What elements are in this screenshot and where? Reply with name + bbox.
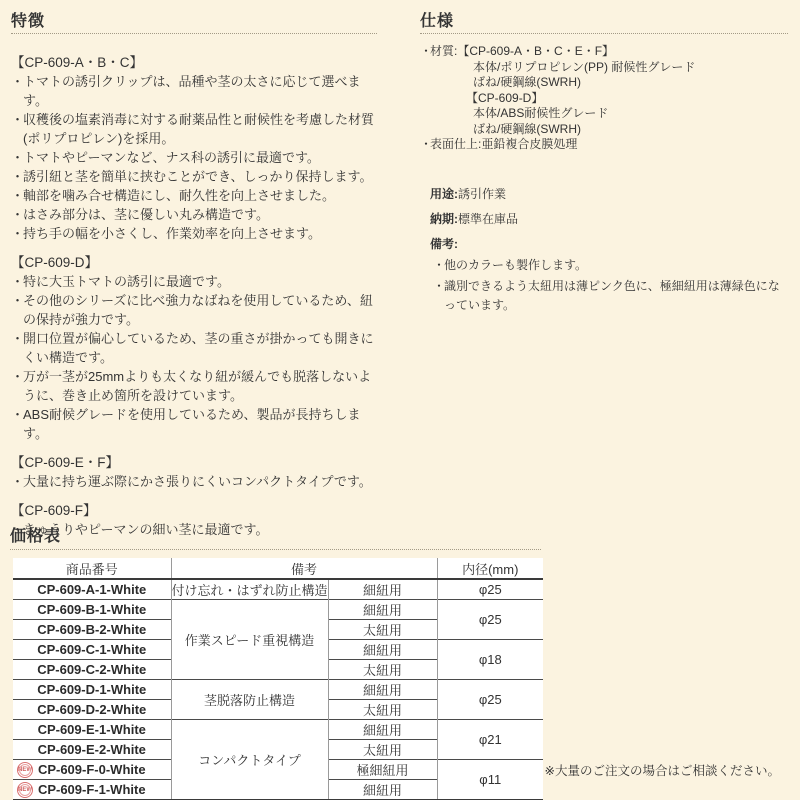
feature-item-text: 収穫後の塩素消毒に対する耐薬品性と耐候性を考慮した材質(ポリプロピレン)を採用。 <box>23 110 377 148</box>
info-label: 納期: <box>430 212 458 226</box>
table-row: CP-609-E-1-Whiteコンパクトタイプ細紐用φ21 <box>13 720 543 740</box>
new-badge: NEW <box>17 782 33 798</box>
info-value: 標準在庫品 <box>458 212 518 226</box>
feature-item-text: 持ち手の幅を小さくし、作業効率を向上させます。 <box>23 224 377 243</box>
product-number: CP-609-B-1-White <box>37 602 146 617</box>
spec-line: 【CP-609-D】 <box>420 91 788 107</box>
product-number: CP-609-E-2-White <box>38 742 146 757</box>
info-label: 用途: <box>430 187 458 201</box>
new-badge: NEW <box>17 762 33 778</box>
product-number: CP-609-B-2-White <box>37 622 146 637</box>
remark-item-text: 識別できるよう太紐用は薄ピンク色に、極細紐用は薄緑色になっています。 <box>444 277 788 315</box>
bullet-marker: ・ <box>11 367 23 405</box>
remarks-items: ・他のカラーも製作します。・識別できるよう太紐用は薄ピンク色に、極細紐用は薄緑色… <box>420 256 788 315</box>
header-note: 備考 <box>171 558 437 579</box>
material-block: ・材質:【CP-609-A・B・C・E・F】本体/ポリプロピレン(PP) 耐候性… <box>420 44 788 153</box>
cord-type-cell: 細紐用 <box>328 640 437 660</box>
product-number: CP-609-F-0-White <box>38 762 146 777</box>
bullet-marker: ・ <box>11 205 23 224</box>
spec-line-text: 材質:【CP-609-A・B・C・E・F】 <box>430 44 614 60</box>
product-cell: CP-609-A-1-White <box>13 579 171 600</box>
feature-item-text: 大量に持ち運ぶ際にかさ張りにくいコンパクトタイプです。 <box>23 472 377 491</box>
remark-item: ・他のカラーも製作します。 <box>420 256 788 275</box>
header-product: 商品番号 <box>13 558 171 579</box>
feature-item-text: トマトの誘引クリップは、品種や茎の太さに応じて選べます。 <box>23 72 377 110</box>
feature-group-heading: 【CP-609-A・B・C】 <box>11 53 377 72</box>
features-rule <box>11 33 377 34</box>
product-cell: CP-609-D-2-White <box>13 700 171 720</box>
note-cell: 付け忘れ・はずれ防止構造 <box>171 579 328 600</box>
feature-item: ・特に大玉トマトの誘引に最適です。 <box>11 272 377 291</box>
feature-item: ・誘引紐と茎を簡単に挟むことができ、しっかり保持します。 <box>11 167 377 186</box>
feature-item: ・大量に持ち運ぶ際にかさ張りにくいコンパクトタイプです。 <box>11 472 377 491</box>
product-cell: CP-609-E-2-White <box>13 740 171 760</box>
product-cell: CP-609-D-1-White <box>13 680 171 700</box>
info-value: 誘引作業 <box>458 187 506 201</box>
feature-item-text: トマトやピーマンなど、ナス科の誘引に最適です。 <box>23 148 377 167</box>
cord-type-cell: 極細紐用 <box>328 760 437 780</box>
bullet-marker: ・ <box>11 110 23 148</box>
feature-item-text: はさみ部分は、茎に優しい丸み構造です。 <box>23 205 377 224</box>
bullet-marker: ・ <box>11 72 23 110</box>
bullet-marker: ・ <box>11 472 23 491</box>
info-row: 用途:誘引作業 <box>420 185 788 204</box>
cord-type-cell: 細紐用 <box>328 720 437 740</box>
bullet-marker: ・ <box>11 148 23 167</box>
product-number: CP-609-D-2-White <box>37 702 146 717</box>
spec-line: 本体/ポリプロピレン(PP) 耐候性グレード <box>420 60 788 76</box>
cord-type-cell: 太紐用 <box>328 700 437 720</box>
product-cell: CP-609-B-1-White <box>13 600 171 620</box>
diameter-cell: φ18 <box>437 640 543 680</box>
feature-group-heading: 【CP-609-F】 <box>11 501 377 520</box>
spec-line: ・表面仕上:亜鉛複合皮膜処理 <box>420 137 788 153</box>
feature-item: ・収穫後の塩素消毒に対する耐薬品性と耐候性を考慮した材質(ポリプロピレン)を採用… <box>11 110 377 148</box>
price-table-header-row: 商品番号 備考 内径(mm) <box>13 558 543 579</box>
cord-type-cell: 細紐用 <box>328 780 437 800</box>
bullet-marker: ・ <box>11 291 23 329</box>
feature-item-text: 軸部を噛み合せ構造にし、耐久性を向上させました。 <box>23 186 377 205</box>
table-row: CP-609-B-1-White作業スピード重視構造細紐用φ25 <box>13 600 543 620</box>
cord-type-cell: 太紐用 <box>328 660 437 680</box>
product-number: CP-609-D-1-White <box>37 682 146 697</box>
catalog-page: 特徴 【CP-609-A・B・C】・トマトの誘引クリップは、品種や茎の太さに応じ… <box>0 0 800 800</box>
feature-item-text: 開口位置が偏心しているため、茎の重さが掛かっても開きにくい構造です。 <box>23 329 377 367</box>
remarks-block: 備考: ・他のカラーも製作します。・識別できるよう太紐用は薄ピンク色に、極細紐用… <box>420 235 788 315</box>
table-row: CP-609-D-1-White茎脱落防止構造細紐用φ25 <box>13 680 543 700</box>
feature-item-text: 特に大玉トマトの誘引に最適です。 <box>23 272 377 291</box>
note-cell: コンパクトタイプ <box>171 720 328 800</box>
cord-type-cell: 太紐用 <box>328 620 437 640</box>
product-cell: CP-609-C-1-White <box>13 640 171 660</box>
diameter-cell: φ25 <box>437 600 543 640</box>
product-cell: CP-609-B-2-White <box>13 620 171 640</box>
product-cell: NEWCP-609-F-0-White <box>13 760 171 780</box>
specs-section: 仕様 ・材質:【CP-609-A・B・C・E・F】本体/ポリプロピレン(PP) … <box>420 12 788 315</box>
bullet-marker: ・ <box>11 224 23 243</box>
diameter-cell: φ25 <box>437 680 543 720</box>
product-number: CP-609-F-1-White <box>38 782 146 797</box>
product-number: CP-609-C-2-White <box>37 662 146 677</box>
feature-item-text: その他のシリーズに比べ強力なばねを使用しているため、紐の保持が強力です。 <box>23 291 377 329</box>
product-cell: CP-609-E-1-White <box>13 720 171 740</box>
feature-item: ・トマトやピーマンなど、ナス科の誘引に最適です。 <box>11 148 377 167</box>
bullet-marker: ・ <box>11 186 23 205</box>
price-table-rule <box>10 549 541 550</box>
feature-item: ・ABS耐候グレードを使用しているため、製品が長持ちします。 <box>11 405 377 443</box>
product-cell: CP-609-C-2-White <box>13 660 171 680</box>
feature-group-heading: 【CP-609-D】 <box>11 253 377 272</box>
note-cell: 茎脱落防止構造 <box>171 680 328 720</box>
bullet-marker: ・ <box>433 256 444 275</box>
features-title: 特徴 <box>11 12 377 32</box>
features-section: 特徴 【CP-609-A・B・C】・トマトの誘引クリップは、品種や茎の太さに応じ… <box>11 12 377 539</box>
remark-item: ・識別できるよう太紐用は薄ピンク色に、極細紐用は薄緑色になっています。 <box>420 277 788 315</box>
spec-line-text: ばね/硬鋼線(SWRH) <box>473 122 581 138</box>
spec-line-text: 【CP-609-D】 <box>466 91 543 107</box>
info-block: 用途:誘引作業納期:標準在庫品 <box>420 185 788 229</box>
spec-line: ばね/硬鋼線(SWRH) <box>420 122 788 138</box>
spec-line: ばね/硬鋼線(SWRH) <box>420 75 788 91</box>
feature-item-text: ABS耐候グレードを使用しているため、製品が長持ちします。 <box>23 405 377 443</box>
feature-item: ・その他のシリーズに比べ強力なばねを使用しているため、紐の保持が強力です。 <box>11 291 377 329</box>
bullet-marker: ・ <box>11 167 23 186</box>
price-table: 商品番号 備考 内径(mm) CP-609-A-1-White付け忘れ・はずれ防… <box>13 558 543 800</box>
feature-item: ・開口位置が偏心しているため、茎の重さが掛かっても開きにくい構造です。 <box>11 329 377 367</box>
spec-line: 本体/ABS耐候性グレード <box>420 106 788 122</box>
info-row: 納期:標準在庫品 <box>420 210 788 229</box>
remarks-label: 備考: <box>420 235 788 254</box>
feature-item: ・はさみ部分は、茎に優しい丸み構造です。 <box>11 205 377 224</box>
product-number: CP-609-C-1-White <box>37 642 146 657</box>
feature-item: ・持ち手の幅を小さくし、作業効率を向上させます。 <box>11 224 377 243</box>
specs-title: 仕様 <box>420 12 788 32</box>
diameter-cell: φ25 <box>437 579 543 600</box>
price-table-body: CP-609-A-1-White付け忘れ・はずれ防止構造細紐用φ25CP-609… <box>13 579 543 800</box>
spec-line-text: ばね/硬鋼線(SWRH) <box>473 75 581 91</box>
specs-rule <box>420 33 788 34</box>
diameter-cell: φ21 <box>437 720 543 760</box>
note-cell: 作業スピード重視構造 <box>171 600 328 680</box>
bullet-marker: ・ <box>11 405 23 443</box>
bullet-marker: ・ <box>433 277 444 315</box>
header-diameter: 内径(mm) <box>437 558 543 579</box>
spec-line-text: 本体/ポリプロピレン(PP) 耐候性グレード <box>473 60 695 76</box>
price-table-section: 価格表 商品番号 備考 内径(mm) CP-609-A-1-White付け忘れ・… <box>10 528 790 800</box>
remark-item-text: 他のカラーも製作します。 <box>444 256 788 275</box>
bullet-marker: ・ <box>420 137 430 153</box>
bullet-marker: ・ <box>420 44 430 60</box>
spec-line-text: 本体/ABS耐候性グレード <box>473 106 608 122</box>
cord-type-cell: 太紐用 <box>328 740 437 760</box>
product-cell: NEWCP-609-F-1-White <box>13 780 171 800</box>
features-groups: 【CP-609-A・B・C】・トマトの誘引クリップは、品種や茎の太さに応じて選べ… <box>11 53 377 539</box>
feature-item: ・万が一茎が25mmよりも太くなり紐が緩んでも脱落しないように、巻き止め箇所を設… <box>11 367 377 405</box>
cord-type-cell: 細紐用 <box>328 600 437 620</box>
price-table-title: 価格表 <box>10 528 790 546</box>
cord-type-cell: 細紐用 <box>328 579 437 600</box>
bullet-marker: ・ <box>11 329 23 367</box>
cord-type-cell: 細紐用 <box>328 680 437 700</box>
feature-item: ・トマトの誘引クリップは、品種や茎の太さに応じて選べます。 <box>11 72 377 110</box>
feature-item: ・軸部を噛み合せ構造にし、耐久性を向上させました。 <box>11 186 377 205</box>
feature-item-text: 万が一茎が25mmよりも太くなり紐が緩んでも脱落しないように、巻き止め箇所を設け… <box>23 367 377 405</box>
product-number: CP-609-E-1-White <box>38 722 146 737</box>
spec-line: ・材質:【CP-609-A・B・C・E・F】 <box>420 44 788 60</box>
table-row: CP-609-A-1-White付け忘れ・はずれ防止構造細紐用φ25 <box>13 579 543 600</box>
bullet-marker: ・ <box>11 272 23 291</box>
table-footnote: ※大量のご注文の場合はご相談ください。 <box>545 763 780 779</box>
feature-group-heading: 【CP-609-E・F】 <box>11 453 377 472</box>
diameter-cell: φ11 <box>437 760 543 800</box>
product-number: CP-609-A-1-White <box>37 582 146 597</box>
spec-line-text: 表面仕上:亜鉛複合皮膜処理 <box>430 137 577 153</box>
feature-item-text: 誘引紐と茎を簡単に挟むことができ、しっかり保持します。 <box>23 167 377 186</box>
